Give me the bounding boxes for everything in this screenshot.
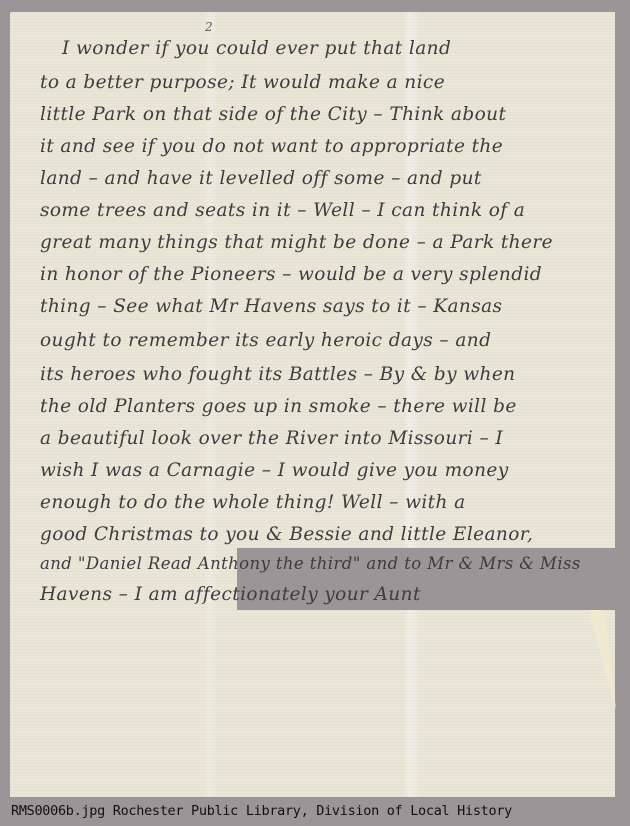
- letter-line: good Christmas to you & Bessie and littl…: [40, 524, 533, 545]
- letter-line: I wonder if you could ever put that land: [62, 38, 451, 59]
- letter-line: some trees and seats in it – Well – I ca…: [40, 200, 525, 221]
- letter-line: great many things that might be done – a…: [40, 232, 553, 253]
- letter-line: land – and have it levelled off some – a…: [40, 168, 482, 189]
- letter-line: to a better purpose; It would make a nic…: [40, 72, 445, 93]
- letter-line: the old Planters goes up in smoke – ther…: [40, 396, 517, 417]
- letter-line: a beautiful look over the River into Mis…: [40, 428, 503, 449]
- letter-line: little Park on that side of the City – T…: [40, 104, 506, 125]
- letter-line: wish I was a Carnagie – I would give you…: [40, 460, 509, 481]
- letter-line: in honor of the Pioneers – would be a ve…: [40, 264, 542, 285]
- letter-line: enough to do the whole thing! Well – wit…: [40, 492, 466, 513]
- letter-line: Havens – I am affectionately your Aunt: [40, 584, 421, 605]
- letter-line: its heroes who fought its Battles – By &…: [40, 364, 516, 385]
- letter-line: ought to remember its early heroic days …: [40, 330, 491, 351]
- letter-line: thing – See what Mr Havens says to it – …: [40, 296, 502, 317]
- letter-line: it and see if you do not want to appropr…: [40, 136, 503, 157]
- image-caption: RMS0006b.jpg Rochester Public Library, D…: [11, 803, 512, 819]
- letter-line: and "Daniel Read Anthony the third" and …: [40, 554, 581, 573]
- page-number: 2: [205, 20, 213, 34]
